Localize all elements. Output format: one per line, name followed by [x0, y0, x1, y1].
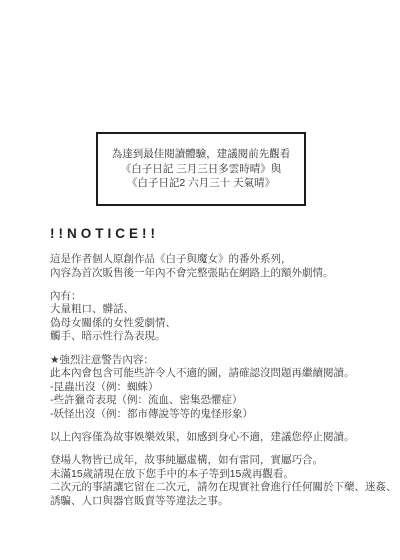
warning-line-2: 此本內會包含可能些許令人不適的圖，請確認沒問題再繼續閱讀。	[50, 367, 390, 381]
warning-line-5: -妖怪出沒（例：都市傳說等等的鬼怪形象）	[50, 408, 390, 422]
legal-line-1: 登場人物皆已成年，故事純屬虛構，如有雷同，實屬巧合。	[50, 454, 390, 468]
intro-line-2: 內容為首次販售後一年內不會完整張貼在網路上的額外劇情。	[50, 267, 390, 281]
legal-line-3: 二次元的事請讓它留在二次元，請勿在現實社會進行任何關於下藥、迷姦、	[50, 481, 390, 495]
contents-paragraph: 內有： 大量粗口、髒話、 偽母女關係的女性愛劇情、 觸手、暗示性行為表現。	[50, 290, 390, 344]
warning-title-line: ★強烈注意警告內容：	[50, 354, 390, 368]
notice-heading: !!NOTICE!!	[50, 226, 390, 241]
intro-paragraph: 這是作者個人原創作品《白子與魔女》的番外系列， 內容為首次販售後一年內不會完整張…	[50, 253, 390, 280]
legal-line-2: 未滿15歲請現在放下您手中的本子等到15歲再觀看。	[50, 468, 390, 482]
recommendation-line-3: 《白子日記2 六月三十 天氣晴》	[127, 176, 275, 191]
contents-line-2: 大量粗口、髒話、	[50, 303, 390, 317]
notice-page: 為達到最佳閱讀體驗，建議閱前先觀看 《白子日記 三月三日多雲時晴》與 《白子日記…	[0, 0, 400, 560]
notice-content: !!NOTICE!! 這是作者個人原創作品《白子與魔女》的番外系列， 內容為首次…	[50, 226, 390, 518]
contents-line-1: 內有：	[50, 290, 390, 304]
legal-line-4: 誘騙、人口與器官販賣等等違法之事。	[50, 495, 390, 509]
disclaimer-paragraph: 以上內容僅為故事娛樂效果，如感到身心不適，建議您停止閱讀。	[50, 431, 390, 445]
recommendation-line-2: 《白子日記 三月三日多雲時晴》與	[121, 162, 281, 177]
intro-line-1: 這是作者個人原創作品《白子與魔女》的番外系列，	[50, 253, 390, 267]
recommendation-line-1: 為達到最佳閱讀體驗，建議閱前先觀看	[112, 147, 291, 162]
contents-line-4: 觸手、暗示性行為表現。	[50, 330, 390, 344]
contents-line-3: 偽母女關係的女性愛劇情、	[50, 317, 390, 331]
legal-paragraph: 登場人物皆已成年，故事純屬虛構，如有雷同，實屬巧合。 未滿15歲請現在放下您手中…	[50, 454, 390, 508]
disclaimer-line-1: 以上內容僅為故事娛樂效果，如感到身心不適，建議您停止閱讀。	[50, 431, 390, 445]
recommendation-box: 為達到最佳閱讀體驗，建議閱前先觀看 《白子日記 三月三日多雲時晴》與 《白子日記…	[96, 132, 306, 206]
warning-paragraph: ★強烈注意警告內容： 此本內會包含可能些許令人不適的圖，請確認沒問題再繼續閱讀。…	[50, 354, 390, 422]
warning-line-4: -些許獵奇表現（例：流血、密集恐懼症）	[50, 394, 390, 408]
warning-line-3: -昆蟲出沒（例：蜘蛛）	[50, 381, 390, 395]
